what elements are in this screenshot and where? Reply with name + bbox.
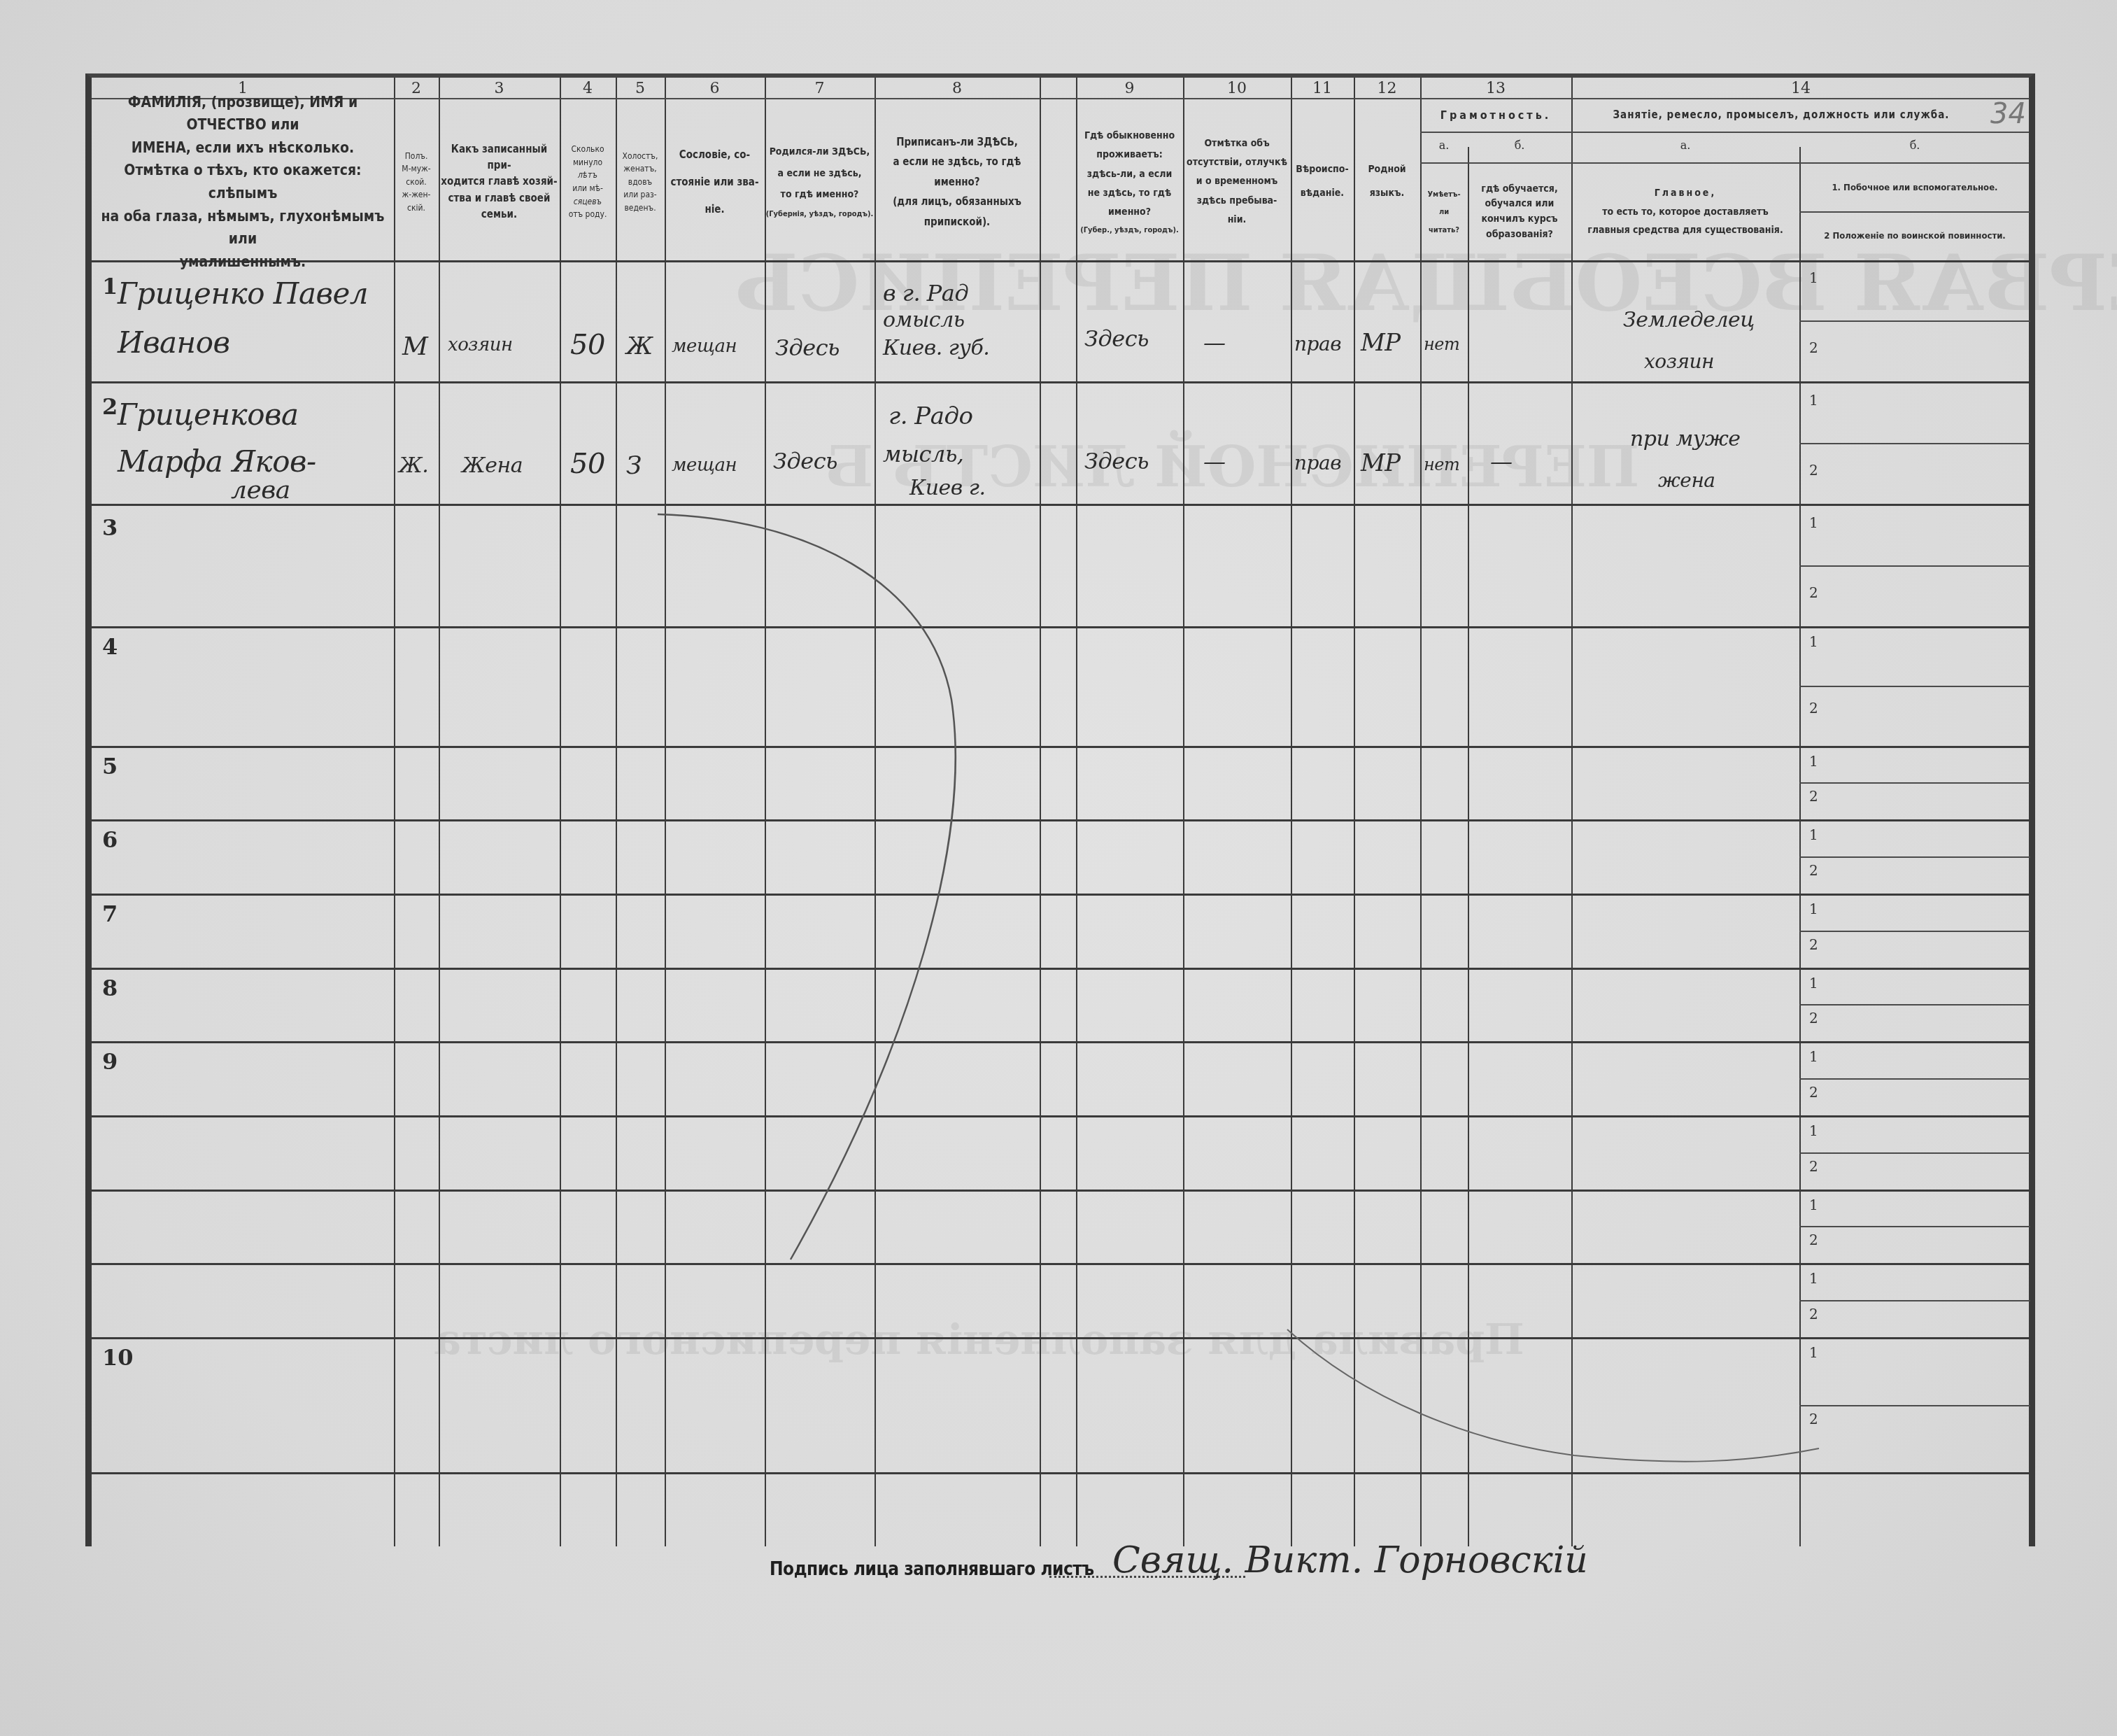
cancellation-strokes — [0, 0, 2117, 1736]
signature-value: Свящ. Викт. Горновскій — [1112, 1539, 1588, 1581]
signature-label: Подпись лица заполнявшаго листъ — [770, 1559, 1094, 1580]
